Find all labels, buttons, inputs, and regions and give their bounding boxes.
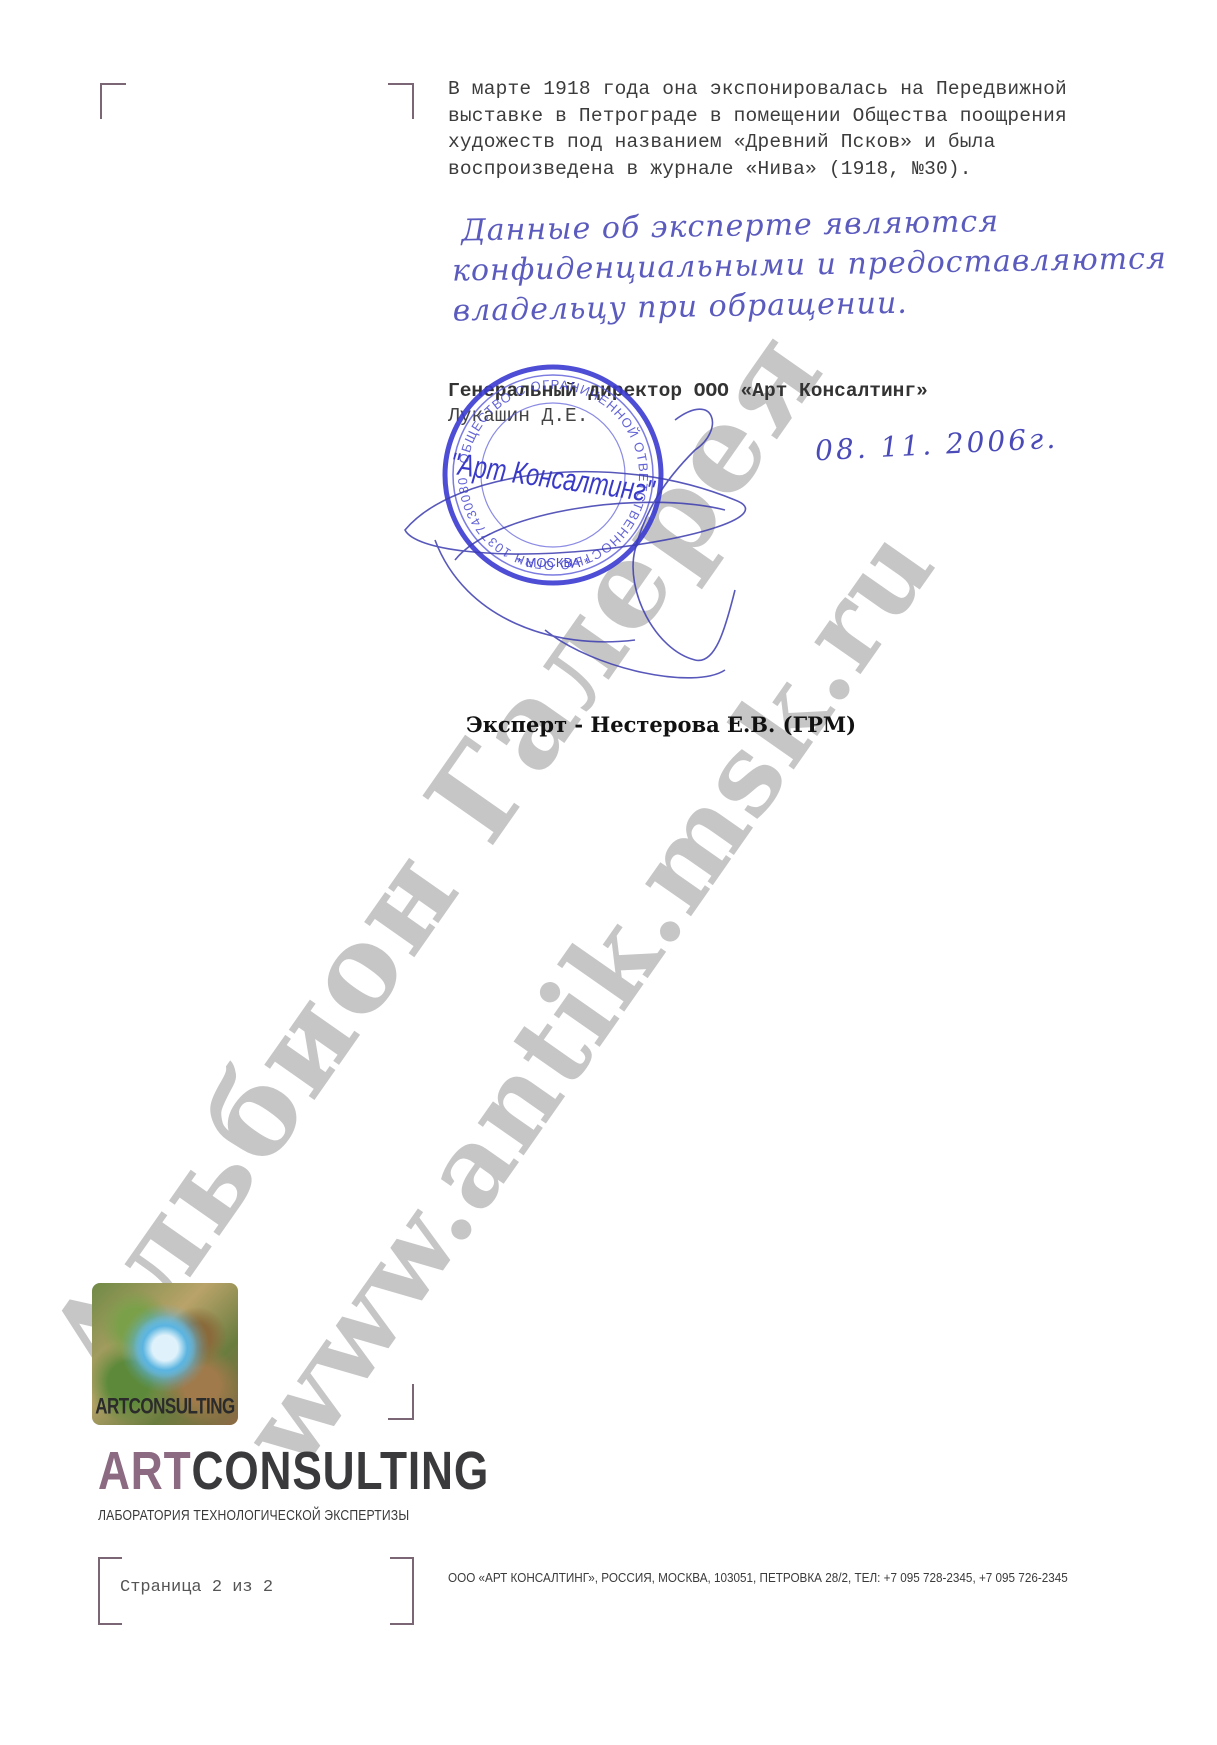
body-line: воспроизведена в журнале «Нива» (1918, №… [448,156,1188,183]
document-body: В марте 1918 года она экспонировалась на… [448,76,1188,182]
page-box-top-right [390,1557,414,1559]
body-line: В марте 1918 года она экспонировалась на… [448,76,1188,103]
hologram-label: ARTCONSULTING [92,1394,238,1420]
company-logo: ARTCONSULTING [98,1440,489,1502]
company-address: ООО «АРТ КОНСАЛТИНГ», РОССИЯ, МОСКВА, 10… [448,1570,1068,1585]
corner-bracket-top-left [100,83,126,119]
page-box-left-line [98,1557,100,1625]
page-box-top-left [98,1557,122,1559]
signature-icon [395,390,795,690]
hologram-seal: ARTCONSULTING [92,1283,238,1425]
page-box-right-line [412,1557,414,1623]
logo-subtitle: ЛАБОРАТОРИЯ ТЕХНОЛОГИЧЕСКОЙ ЭКСПЕРТИЗЫ [98,1508,409,1524]
corner-bracket-top-right [388,83,414,119]
page-box-bottom-right [390,1623,414,1625]
corner-bracket-logo-right [388,1384,414,1420]
logo-main: CONSULTING [191,1441,489,1501]
page-box-bottom-left [98,1623,122,1625]
expert-line: Эксперт - Нестерова Е.В. (ГРМ) [466,712,856,737]
body-line: выставке в Петрограде в помещении Общест… [448,103,1188,130]
logo-accent: ART [98,1441,191,1501]
handwritten-note: Данные об эксперте являются конфиденциал… [451,198,1213,331]
handwritten-date: 08. 11. 2006г. [814,422,1059,468]
body-line: художеств под названием «Древний Псков» … [448,129,1188,156]
page-indicator: Страница 2 из 2 [120,1578,273,1597]
double-headed-eagle-icon [120,1303,210,1393]
